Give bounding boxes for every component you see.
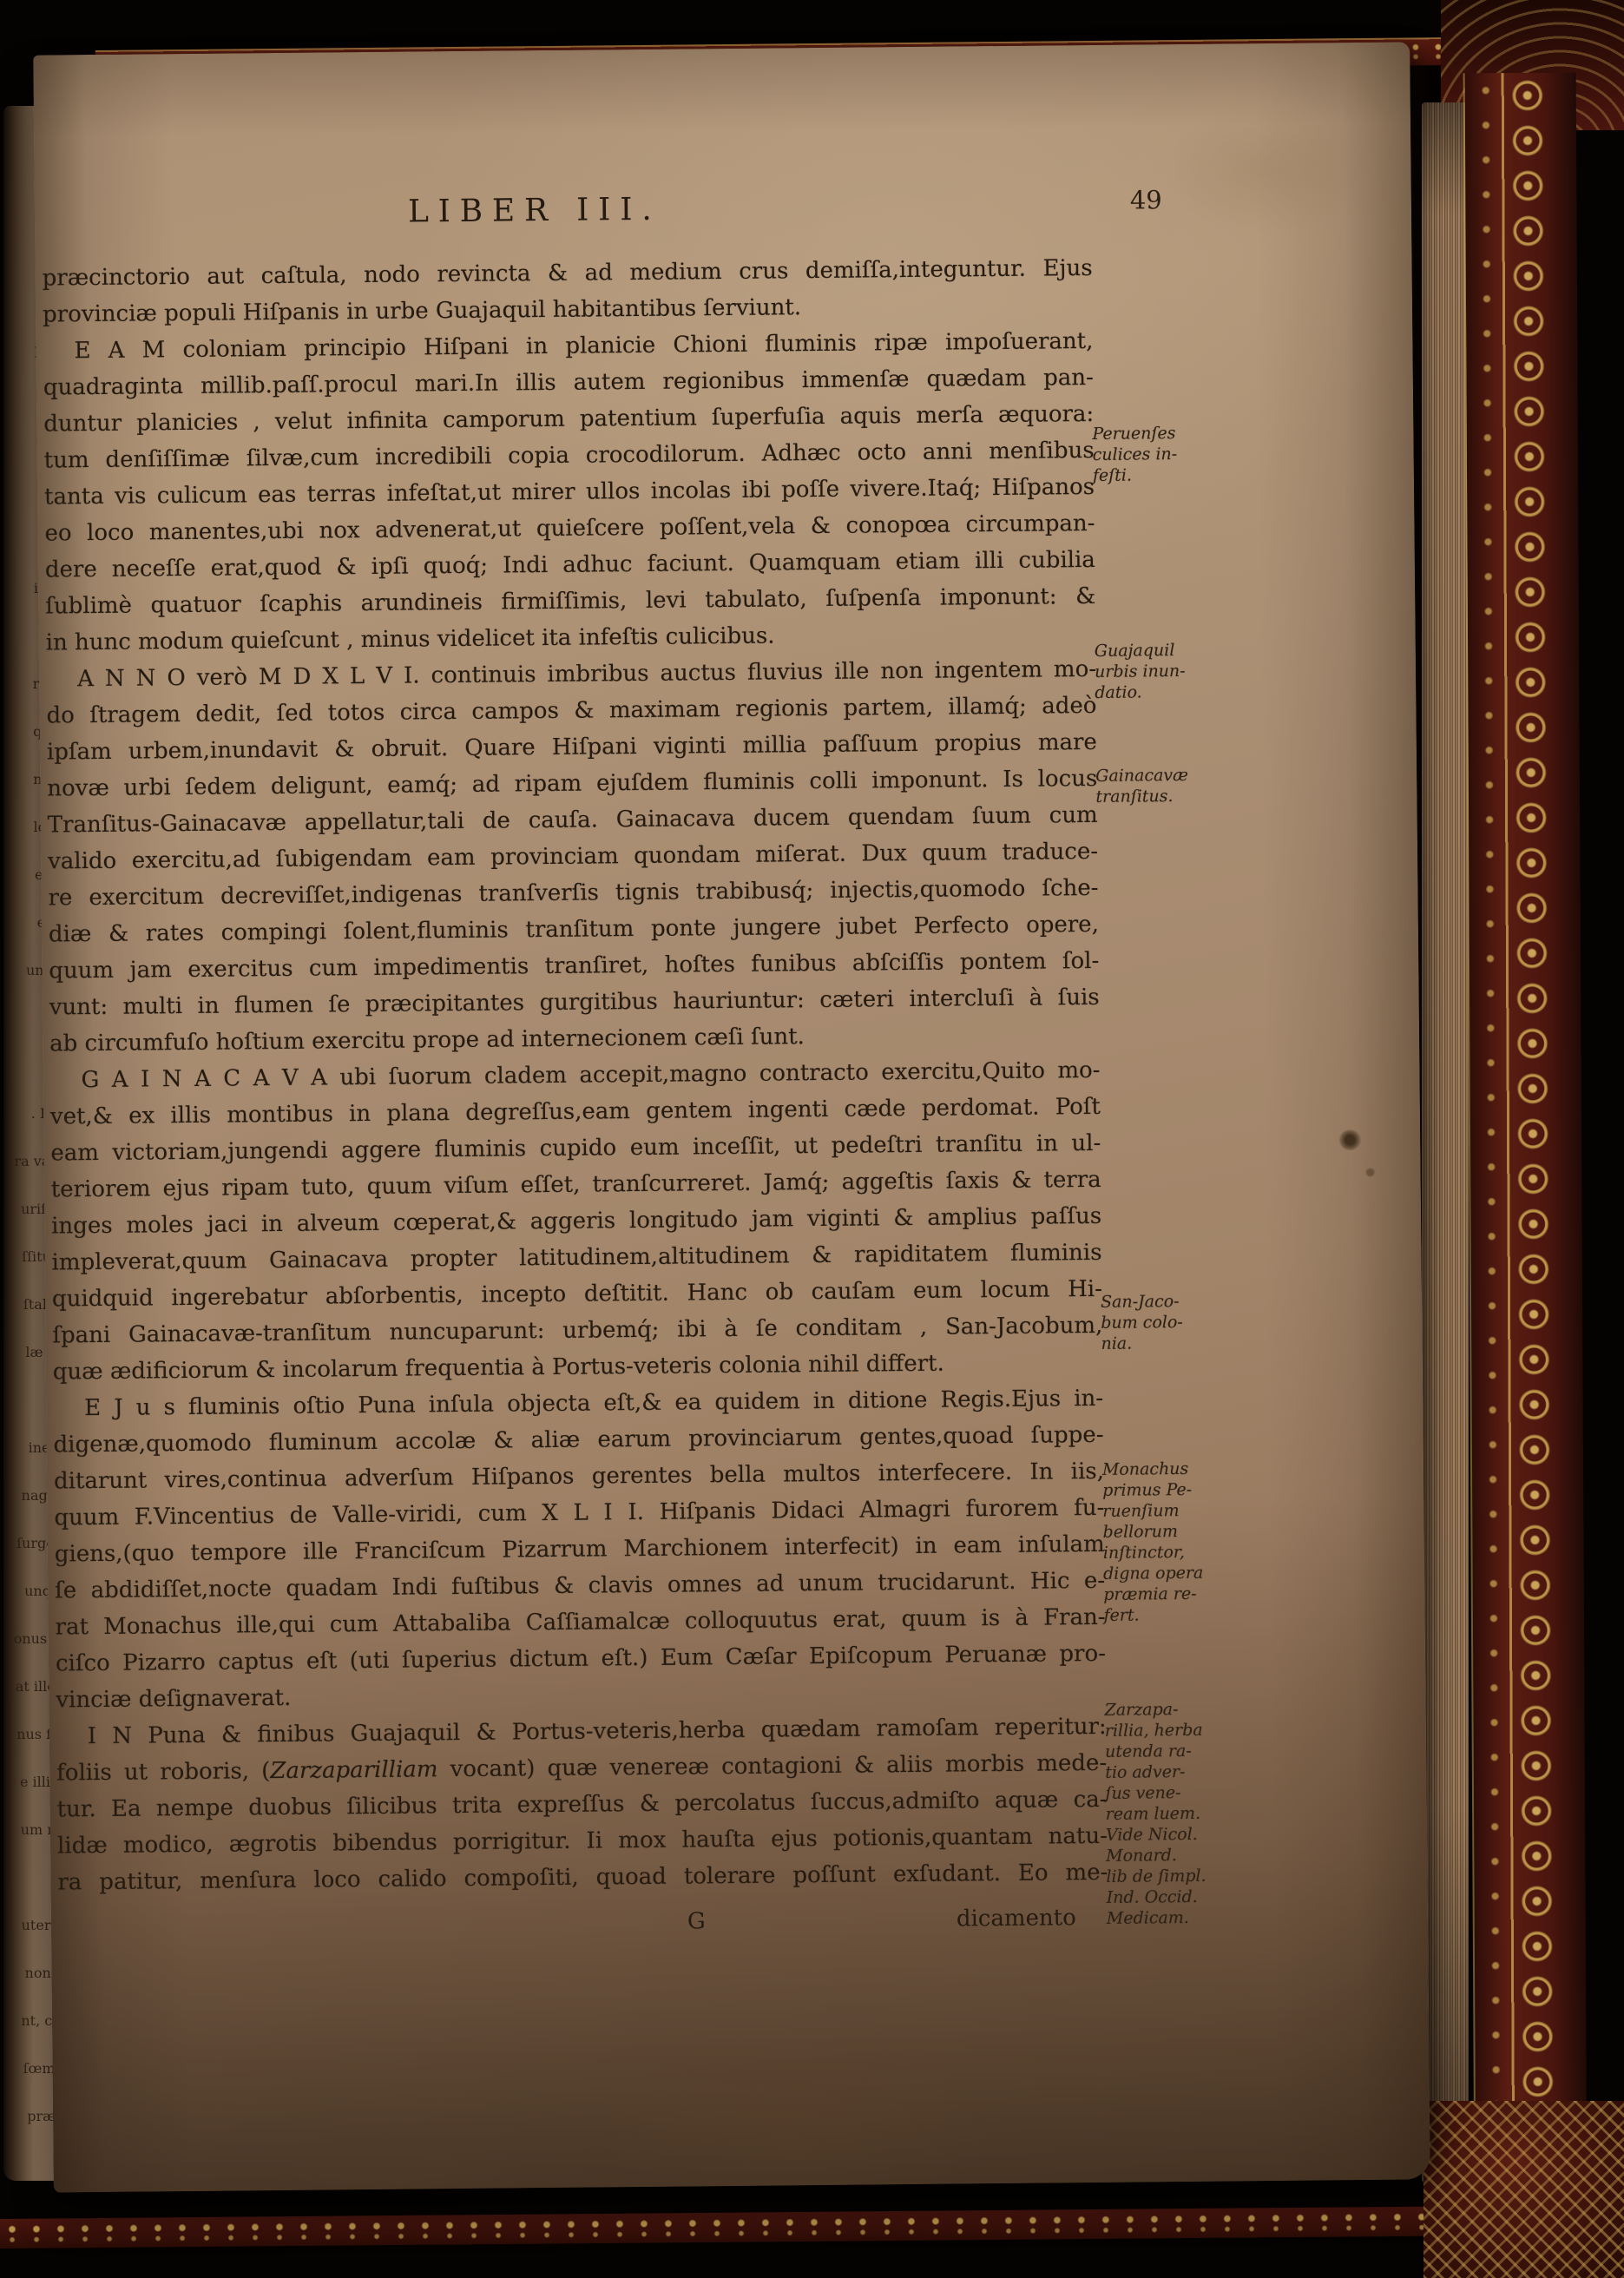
margin-note: Peruenſes culices in- feſti. [1092, 422, 1266, 486]
book-page: LIBER III. 49 præcinctorio aut caſtula, … [33, 42, 1430, 2192]
signature-mark: G [687, 1903, 706, 1939]
ink-spot [1338, 1129, 1361, 1150]
margin-note: Guajaquil urbis inun- datio. [1095, 639, 1269, 703]
catchword: dicamento [957, 1899, 1076, 1937]
text-segment: vocant) quæ venereæ contagioni & aliis m… [437, 1750, 1107, 1782]
page-block-fore-edge [1422, 102, 1469, 2183]
margin-note: San-Jaco- bum colo- nia. [1101, 1290, 1275, 1354]
paper-stain [279, 2125, 523, 2192]
paper-stain [590, 2025, 991, 2192]
italic-plant-name: Zarzaparilliam [270, 1756, 437, 1784]
margin-note: Monachus primus Pe- ruenſium bellorum in… [1102, 1458, 1278, 1626]
margin-note: Zarzapa- rillia, herba utenda ra- tio ad… [1104, 1698, 1280, 1929]
cover-corner-bottom-right [1423, 2101, 1624, 2278]
page-number: 49 [1130, 185, 1162, 214]
book-photo: entes, pſe ex- reme- ur. In- c feſti Quo… [0, 0, 1624, 2278]
gilt-cover-border-right [1463, 73, 1588, 2192]
signature-row: G dicamento [58, 1899, 1108, 1946]
text-segment: foliis ut roboris, ( [56, 1758, 270, 1786]
main-text-block: præcinctorio aut caſtula, nodo revincta … [42, 250, 1108, 1901]
gilt-bottom-edge-decoration [0, 2206, 1476, 2248]
paper-stain [1162, 103, 1371, 235]
running-header: LIBER III. [408, 192, 661, 230]
ink-spot [1365, 1168, 1376, 1177]
margin-note: Gainacavæ tranſitus. [1095, 764, 1269, 807]
